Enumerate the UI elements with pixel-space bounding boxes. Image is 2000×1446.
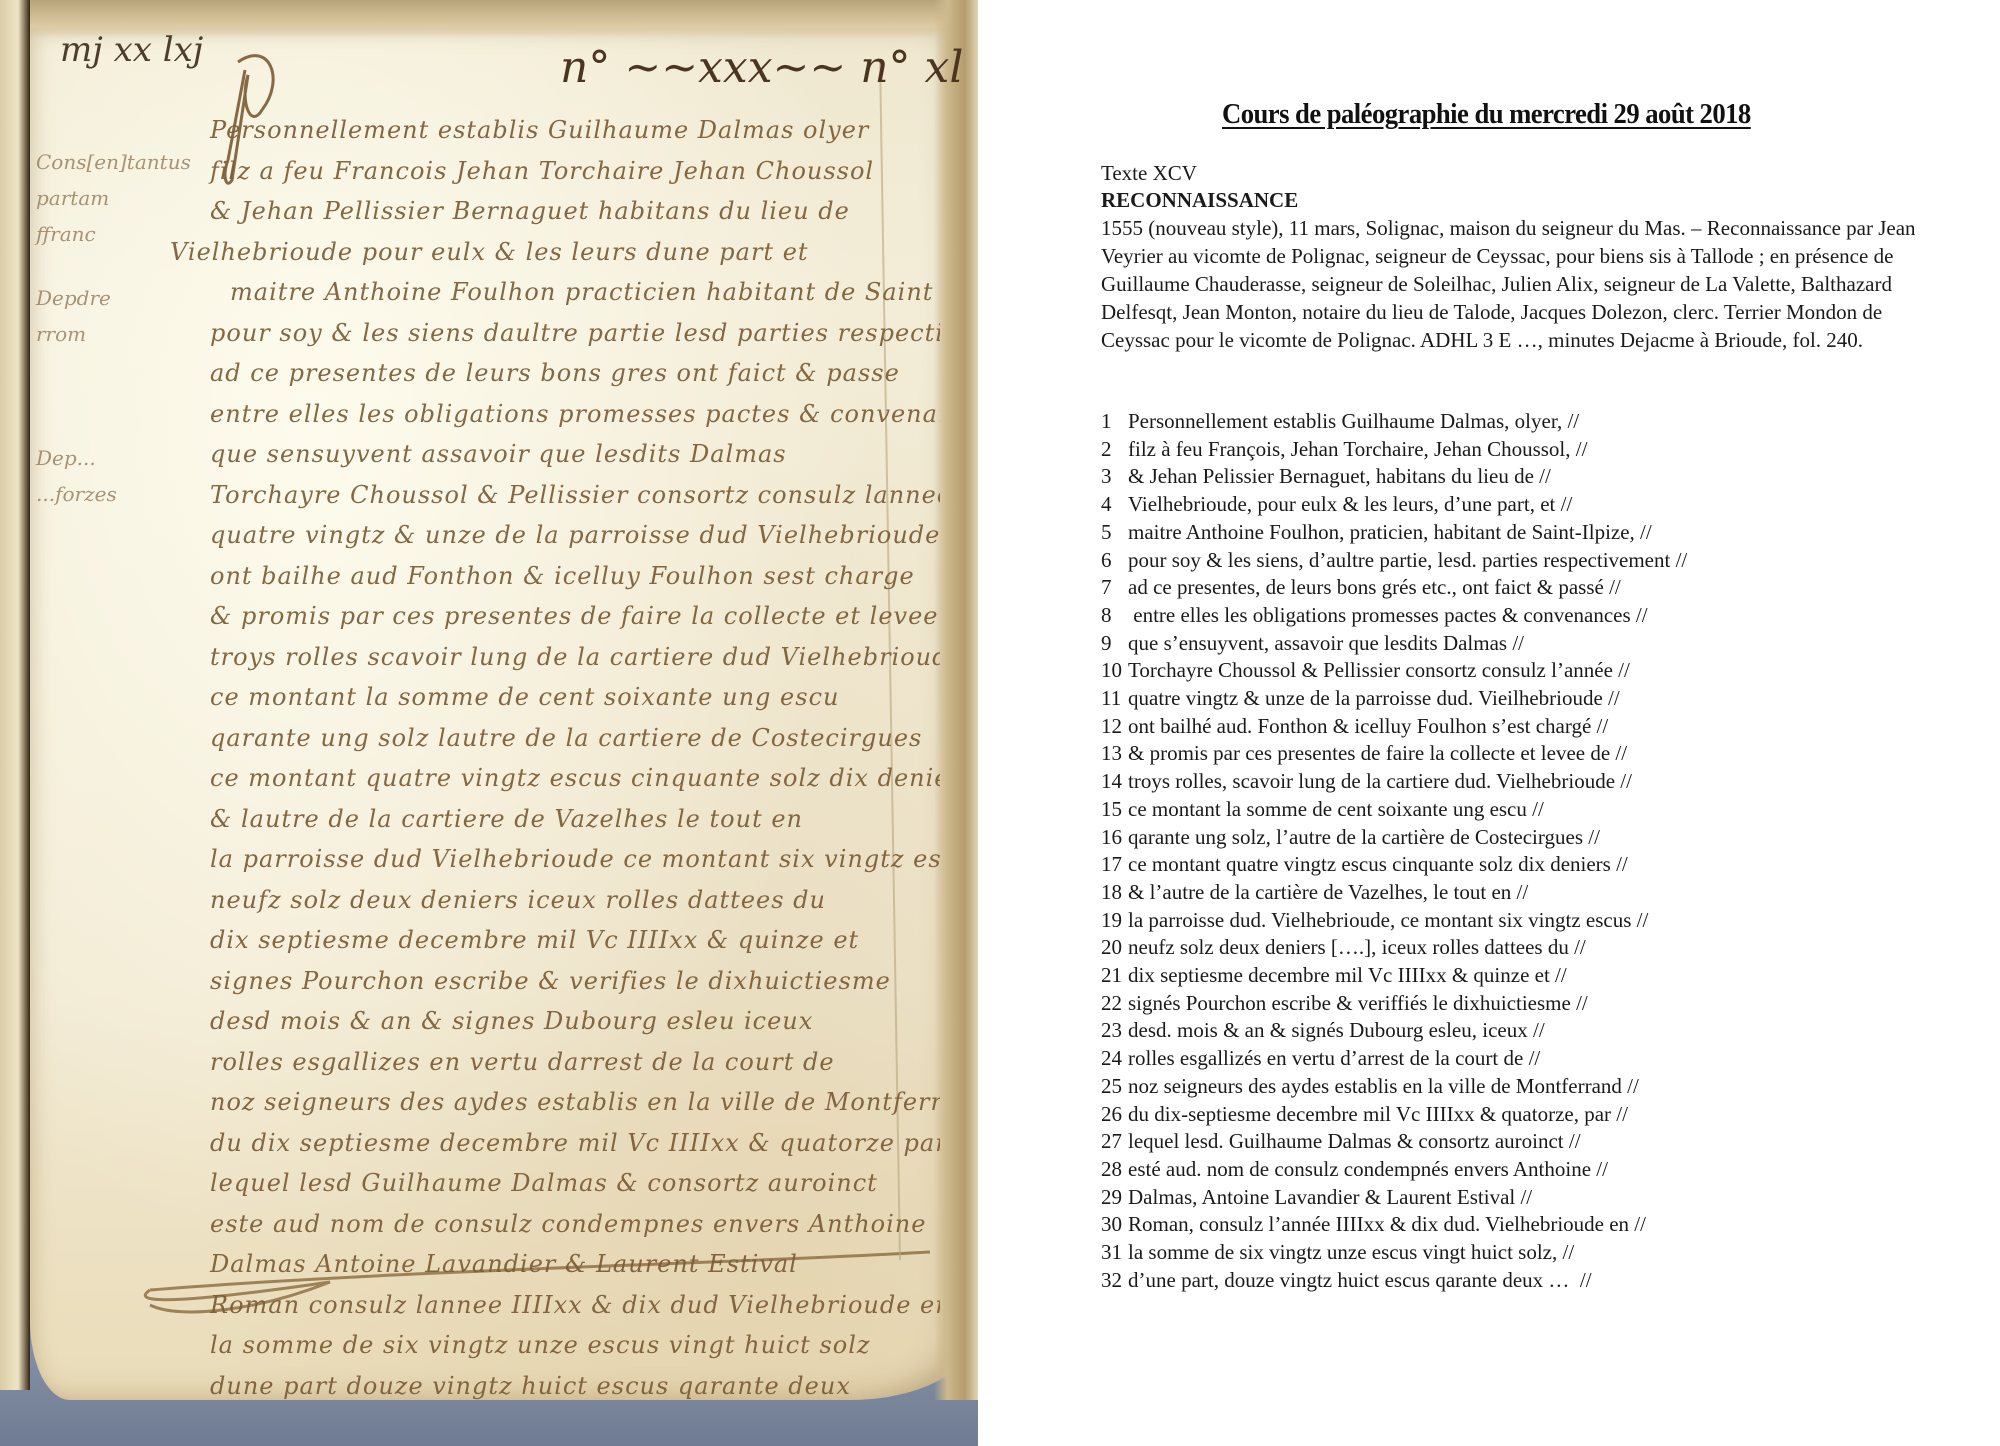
transcription-line: 21dix septiesme decembre mil Vc IIIIxx &…	[1101, 962, 1921, 990]
transcription-line: 26du dix-septiesme decembre mil Vc IIIIx…	[1101, 1101, 1921, 1129]
line-text: ce montant quatre vingtz escus cinquante…	[1128, 851, 1628, 879]
document-number: n° ~~xxx~~ n° xl	[560, 42, 963, 93]
transcription-line: 24rolles esgallizés en vertu d’arrest de…	[1101, 1045, 1921, 1073]
line-number: 8	[1101, 602, 1128, 630]
line-text: Roman, consulz l’année IIIIxx & dix dud.…	[1128, 1211, 1646, 1239]
line-text: & promis par ces presentes de faire la c…	[1128, 740, 1627, 768]
line-text: lequel lesd. Guilhaume Dalmas & consortz…	[1128, 1128, 1581, 1156]
transcription-line: 32d’une part, douze vingtz huict escus q…	[1101, 1267, 1921, 1295]
handwritten-line: du dix septiesme decembre mil Vc IIIIxx …	[170, 1123, 940, 1164]
handwritten-line: entre elles les obligations promesses pa…	[170, 394, 940, 435]
handwritten-line: Dalmas Antoine Lavandier & Laurent Estiv…	[170, 1244, 940, 1285]
transcription-line: 3& Jehan Pelissier Bernaguet, habitans d…	[1101, 463, 1921, 491]
line-number: 4	[1101, 491, 1128, 519]
line-number: 1	[1101, 408, 1128, 436]
handwritten-line: dix septiesme decembre mil Vc IIIIxx & q…	[170, 920, 940, 961]
handwritten-line: qarante ung solz lautre de la cartiere d…	[170, 718, 940, 759]
line-number: 12	[1101, 713, 1128, 741]
line-number: 30	[1101, 1211, 1128, 1239]
manuscript-photo: mj xx lxj n° ~~xxx~~ n° xl Cons[en]tantu…	[0, 0, 978, 1446]
transcription-line: 1Personnellement establis Guilhaume Dalm…	[1101, 408, 1921, 436]
handwritten-line: pour soy & les siens daultre partie lesd…	[170, 313, 940, 354]
handwritten-line: Torchayre Choussol & Pellissier consortz…	[170, 475, 940, 516]
document-type: RECONNAISSANCE	[1101, 187, 1941, 214]
handwritten-line: dune part douze vingtz huict escus qaran…	[170, 1366, 940, 1407]
line-text: du dix-septiesme decembre mil Vc IIIIxx …	[1128, 1101, 1628, 1129]
handwritten-line: filz a feu Francois Jehan Torchaire Jeha…	[170, 151, 940, 192]
line-text: d’une part, douze vingtz huict escus qar…	[1128, 1267, 1592, 1295]
folio-number: mj xx lxj	[60, 30, 203, 70]
line-number: 5	[1101, 519, 1128, 547]
transcription-line: 5maitre Anthoine Foulhon, praticien, hab…	[1101, 519, 1921, 547]
handwritten-line: troys rolles scavoir lung de la cartiere…	[170, 637, 940, 678]
line-text: & Jehan Pelissier Bernaguet, habitans du…	[1128, 463, 1551, 491]
transcription-line: 18& l’autre de la cartière de Vazelhes, …	[1101, 879, 1921, 907]
transcription-line: 25noz seigneurs des aydes establis en la…	[1101, 1073, 1921, 1101]
line-number: 32	[1101, 1267, 1128, 1295]
transcription-line: 31la somme de six vingtz unze escus ving…	[1101, 1239, 1921, 1267]
transcription-line: 12ont bailhé aud. Fonthon & icelluy Foul…	[1101, 713, 1921, 741]
handwritten-line: rolles esgallizes en vertu darrest de la…	[170, 1042, 940, 1083]
line-number: 9	[1101, 630, 1128, 658]
line-text: dix septiesme decembre mil Vc IIIIxx & q…	[1128, 962, 1567, 990]
line-text: Personnellement establis Guilhaume Dalma…	[1128, 408, 1579, 436]
transcription-line: 6pour soy & les siens, d’aultre partie, …	[1101, 547, 1921, 575]
line-text: qarante ung solz, l’autre de la cartière…	[1128, 824, 1600, 852]
line-text: esté aud. nom de consulz condempnés enve…	[1128, 1156, 1608, 1184]
handwritten-line: noz seigneurs des aydes establis en la v…	[170, 1082, 940, 1123]
handwritten-line: maitre Anthoine Foulhon practicien habit…	[170, 272, 940, 313]
line-number: 2	[1101, 436, 1128, 464]
line-text: troys rolles, scavoir lung de la cartier…	[1128, 768, 1632, 796]
transcription-line: 19la parroisse dud. Vielhebrioude, ce mo…	[1101, 907, 1921, 935]
line-text: quatre vingtz & unze de la parroisse dud…	[1128, 685, 1620, 713]
handwritten-line: que sensuyvent assavoir que lesdits Dalm…	[170, 434, 940, 475]
line-number: 20	[1101, 934, 1128, 962]
transcription-line: 2filz à feu François, Jehan Torchaire, J…	[1101, 436, 1921, 464]
line-number: 3	[1101, 463, 1128, 491]
line-text: rolles esgallizés en vertu d’arrest de l…	[1128, 1045, 1540, 1073]
line-number: 16	[1101, 824, 1128, 852]
line-number: 28	[1101, 1156, 1128, 1184]
line-number: 10	[1101, 657, 1128, 685]
transcription-line: 8 entre elles les obligations promesses …	[1101, 602, 1921, 630]
line-text: la somme de six vingtz unze escus vingt …	[1128, 1239, 1574, 1267]
line-number: 17	[1101, 851, 1128, 879]
line-text: Torchayre Choussol & Pellissier consortz…	[1128, 657, 1630, 685]
handwritten-line: ce montant quatre vingtz escus cinquante…	[170, 758, 940, 799]
transcription-line: 14troys rolles, scavoir lung de la carti…	[1101, 768, 1921, 796]
line-text: neufz solz deux deniers [….], iceux roll…	[1128, 934, 1586, 962]
handwritten-line: ad ce presentes de leurs bons gres ont f…	[170, 353, 940, 394]
line-text: filz à feu François, Jehan Torchaire, Je…	[1128, 436, 1587, 464]
line-number: 14	[1101, 768, 1128, 796]
handwritten-line: Vielhebrioude pour eulx & les leurs dune…	[170, 232, 940, 273]
handwritten-line: & lautre de la cartiere de Vazelhes le t…	[170, 799, 940, 840]
line-number: 22	[1101, 990, 1128, 1018]
handwritten-line: este aud nom de consulz condempnes enver…	[170, 1204, 940, 1245]
line-text: ont bailhé aud. Fonthon & icelluy Foulho…	[1128, 713, 1608, 741]
line-number: 13	[1101, 740, 1128, 768]
handwritten-line: lequel lesd Guilhaume Dalmas & consortz …	[170, 1163, 940, 1204]
line-text: pour soy & les siens, d’aultre partie, l…	[1128, 547, 1687, 575]
handwritten-line: la parroisse dud Vielhebrioude ce montan…	[170, 839, 940, 880]
transcription-line: 29Dalmas, Antoine Lavandier & Laurent Es…	[1101, 1184, 1921, 1212]
course-title: Cours de paléographie du mercredi 29 aoû…	[1222, 98, 1750, 131]
transcription-line: 15ce montant la somme de cent soixante u…	[1101, 796, 1921, 824]
handwritten-line: & Jehan Pellissier Bernaguet habitans du…	[170, 191, 940, 232]
handwritten-line: desd mois & an & signes Dubourg esleu ic…	[170, 1001, 940, 1042]
line-number: 6	[1101, 547, 1128, 575]
handwritten-line: quatre vingtz & unze de la parroisse dud…	[170, 515, 940, 556]
handwritten-line: Roman consulz lannee IIIIxx & dix dud Vi…	[170, 1285, 940, 1326]
manuscript-handwriting: Personnellement establis Guilhaume Dalma…	[170, 110, 940, 1406]
line-text: & l’autre de la cartière de Vazelhes, le…	[1128, 879, 1528, 907]
line-number: 23	[1101, 1017, 1128, 1045]
handwritten-line: Personnellement establis Guilhaume Dalma…	[170, 110, 940, 151]
transcription-line: 11quatre vingtz & unze de la parroisse d…	[1101, 685, 1921, 713]
transcription-line: 23desd. mois & an & signés Dubourg esleu…	[1101, 1017, 1921, 1045]
handwritten-line: ont bailhe aud Fonthon & icelluy Foulhon…	[170, 556, 940, 597]
document-header: Texte XCV RECONNAISSANCE 1555 (nouveau s…	[1101, 160, 1941, 354]
line-number: 7	[1101, 574, 1128, 602]
handwritten-line: la somme de six vingtz unze escus vingt …	[170, 1325, 940, 1366]
transcription-line: 30Roman, consulz l’année IIIIxx & dix du…	[1101, 1211, 1921, 1239]
transcription-line: 9que s’ensuyvent, assavoir que lesdits D…	[1101, 630, 1921, 658]
transcription-lines: 1Personnellement establis Guilhaume Dalm…	[1101, 408, 1921, 1295]
line-text: desd. mois & an & signés Dubourg esleu, …	[1128, 1017, 1545, 1045]
transcription-line: 27lequel lesd. Guilhaume Dalmas & consor…	[1101, 1128, 1921, 1156]
line-text: ad ce presentes, de leurs bons grés etc.…	[1128, 574, 1621, 602]
line-text: ce montant la somme de cent soixante ung…	[1128, 796, 1544, 824]
line-number: 29	[1101, 1184, 1128, 1212]
handwritten-line: ce montant la somme de cent soixante ung…	[170, 677, 940, 718]
handwritten-line: neufz solz deux deniers iceux rolles dat…	[170, 880, 940, 921]
line-text: entre elles les obligations promesses pa…	[1128, 602, 1648, 630]
line-text: maitre Anthoine Foulhon, praticien, habi…	[1128, 519, 1652, 547]
transcription-line: 13& promis par ces presentes de faire la…	[1101, 740, 1921, 768]
line-number: 27	[1101, 1128, 1128, 1156]
line-number: 19	[1101, 907, 1128, 935]
text-number: Texte XCV	[1101, 160, 1941, 187]
line-number: 15	[1101, 796, 1128, 824]
line-number: 31	[1101, 1239, 1128, 1267]
line-number: 11	[1101, 685, 1128, 713]
line-number: 21	[1101, 962, 1128, 990]
transcription-line: 4Vielhebrioude, pour eulx & les leurs, d…	[1101, 491, 1921, 519]
line-text: Vielhebrioude, pour eulx & les leurs, d’…	[1128, 491, 1572, 519]
line-text: Dalmas, Antoine Lavandier & Laurent Esti…	[1128, 1184, 1532, 1212]
handwritten-line: & promis par ces presentes de faire la c…	[170, 596, 940, 637]
line-text: que s’ensuyvent, assavoir que lesdits Da…	[1128, 630, 1524, 658]
transcription-line: 22signés Pourchon escribe & veriffiés le…	[1101, 990, 1921, 1018]
transcription-line: 10Torchayre Choussol & Pellissier consor…	[1101, 657, 1921, 685]
transcription-line: 17ce montant quatre vingtz escus cinquan…	[1101, 851, 1921, 879]
transcription-line: 20neufz solz deux deniers [….], iceux ro…	[1101, 934, 1921, 962]
transcription-line: 7ad ce presentes, de leurs bons grés etc…	[1101, 574, 1921, 602]
line-number: 26	[1101, 1101, 1128, 1129]
handwritten-line: signes Pourchon escribe & verifies le di…	[170, 961, 940, 1002]
document-summary: 1555 (nouveau style), 11 mars, Solignac,…	[1101, 214, 1931, 354]
line-number: 18	[1101, 879, 1128, 907]
line-number: 25	[1101, 1073, 1128, 1101]
line-number: 24	[1101, 1045, 1128, 1073]
transcription-line: 28esté aud. nom de consulz condempnés en…	[1101, 1156, 1921, 1184]
line-text: signés Pourchon escribe & veriffiés le d…	[1128, 990, 1588, 1018]
line-text: la parroisse dud. Vielhebrioude, ce mont…	[1128, 907, 1648, 935]
transcription-panel: Cours de paléographie du mercredi 29 aoû…	[978, 0, 2000, 1446]
line-text: noz seigneurs des aydes establis en la v…	[1128, 1073, 1639, 1101]
transcription-line: 16qarante ung solz, l’autre de la cartiè…	[1101, 824, 1921, 852]
